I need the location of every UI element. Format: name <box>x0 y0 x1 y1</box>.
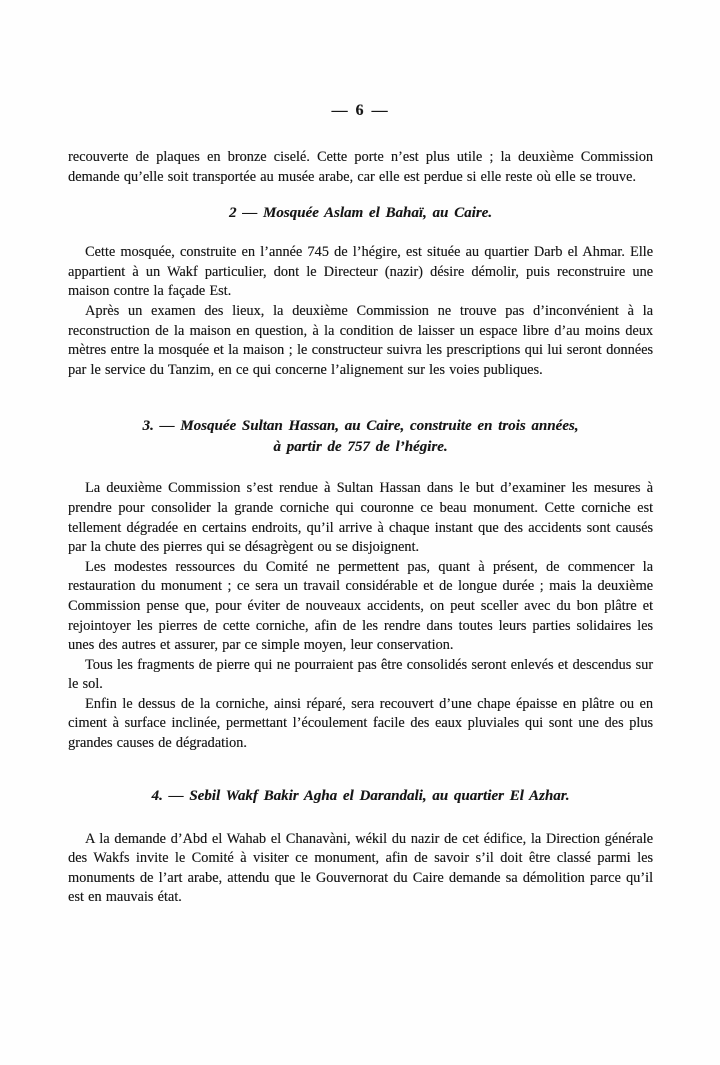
paragraph-mosquee-aslam-2: Après un examen des lieux, la deuxième C… <box>68 302 653 380</box>
section-heading-4: 4. — Sebil Wakf Bakir Agha el Darandali,… <box>68 786 653 807</box>
paragraph-sultan-hassan-2: Les modestes ressources du Comité ne per… <box>68 558 653 656</box>
paragraph-sultan-hassan-4: Enfin le dessus de la corniche, ainsi ré… <box>68 695 653 754</box>
paragraph-continuation: recouverte de plaques en bronze ciselé. … <box>68 148 653 187</box>
paragraph-sultan-hassan-1: La deuxième Commission s’est rendue à Su… <box>68 479 653 557</box>
section-heading-2: 2 — Mosquée Aslam el Bahaï, au Caire. <box>68 203 653 224</box>
paragraph-mosquee-aslam-1: Cette mosquée, construite en l’année 745… <box>68 243 653 302</box>
paragraph-sultan-hassan-3: Tous les fragments de pierre qui ne pour… <box>68 656 653 695</box>
section-heading-3-line2: à partir de 757 de l’hégire. <box>68 437 653 458</box>
paragraph-sebil-wakf: A la demande d’Abd el Wahab el Chanavàni… <box>68 830 653 908</box>
page-number: — 6 — <box>68 101 653 121</box>
section-heading-3-line1: 3. — Mosquée Sultan Hassan, au Caire, co… <box>68 416 653 437</box>
section-heading-3: 3. — Mosquée Sultan Hassan, au Caire, co… <box>68 416 653 458</box>
scanned-document-page: — 6 — recouverte de plaques en bronze ci… <box>0 0 720 1065</box>
